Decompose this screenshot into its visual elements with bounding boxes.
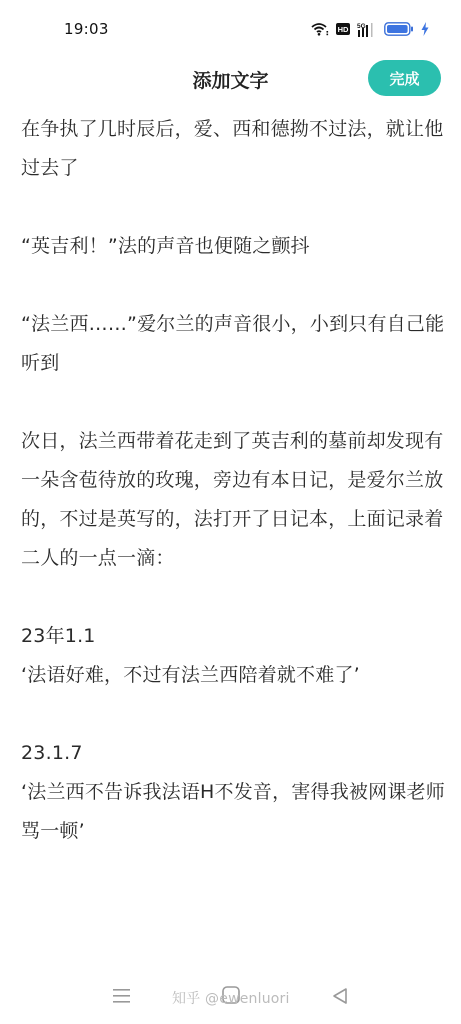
blank-line <box>21 188 445 227</box>
blank-line <box>21 266 445 305</box>
5g-signal-icon: 5G <box>357 22 377 37</box>
menu-icon[interactable] <box>113 988 131 1008</box>
status-time: 19:03 <box>64 20 109 38</box>
diary-entry: ‘法兰西不告诉我法语H不发音，害得我被网课老师骂一顿’ <box>21 773 445 851</box>
diary-date: 23年1.1 <box>21 617 445 656</box>
paragraph: 在争执了几时辰后，爱、西和德拗不过法，就让他过去了 <box>21 110 445 188</box>
back-icon[interactable] <box>332 987 348 1009</box>
navigation-bar: 知乎 @ewenluori <box>0 980 461 1014</box>
status-icons: HD 5G <box>311 21 429 37</box>
done-button[interactable]: 完成 <box>368 60 441 96</box>
battery-icon <box>384 22 414 36</box>
diary-date: 23.1.7 <box>21 734 445 773</box>
header: 添加文字 完成 <box>0 58 461 100</box>
charging-icon <box>421 22 429 36</box>
wifi-icon <box>311 22 329 36</box>
status-bar: 19:03 HD 5G <box>0 0 461 58</box>
watermark: 知乎 @ewenluori <box>172 988 290 1008</box>
blank-line <box>21 578 445 617</box>
hd-icon: HD <box>336 23 350 35</box>
text-editor[interactable]: 在争执了几时辰后，爱、西和德拗不过法，就让他过去了 “英吉利！”法的声音也便随之… <box>21 110 445 851</box>
diary-entry: ‘法语好难，不过有法兰西陪着就不难了’ <box>21 656 445 695</box>
paragraph: “法兰西……”爱尔兰的声音很小，小到只有自己能听到 <box>21 305 445 383</box>
svg-text:HD: HD <box>338 25 349 34</box>
blank-line <box>21 695 445 734</box>
paragraph: 次日，法兰西带着花走到了英吉利的墓前却发现有一朵含苞待放的玫瑰，旁边有本日记，是… <box>21 422 445 578</box>
paragraph: “英吉利！”法的声音也便随之颤抖 <box>21 227 445 266</box>
blank-line <box>21 383 445 422</box>
svg-text:5G: 5G <box>357 23 366 30</box>
